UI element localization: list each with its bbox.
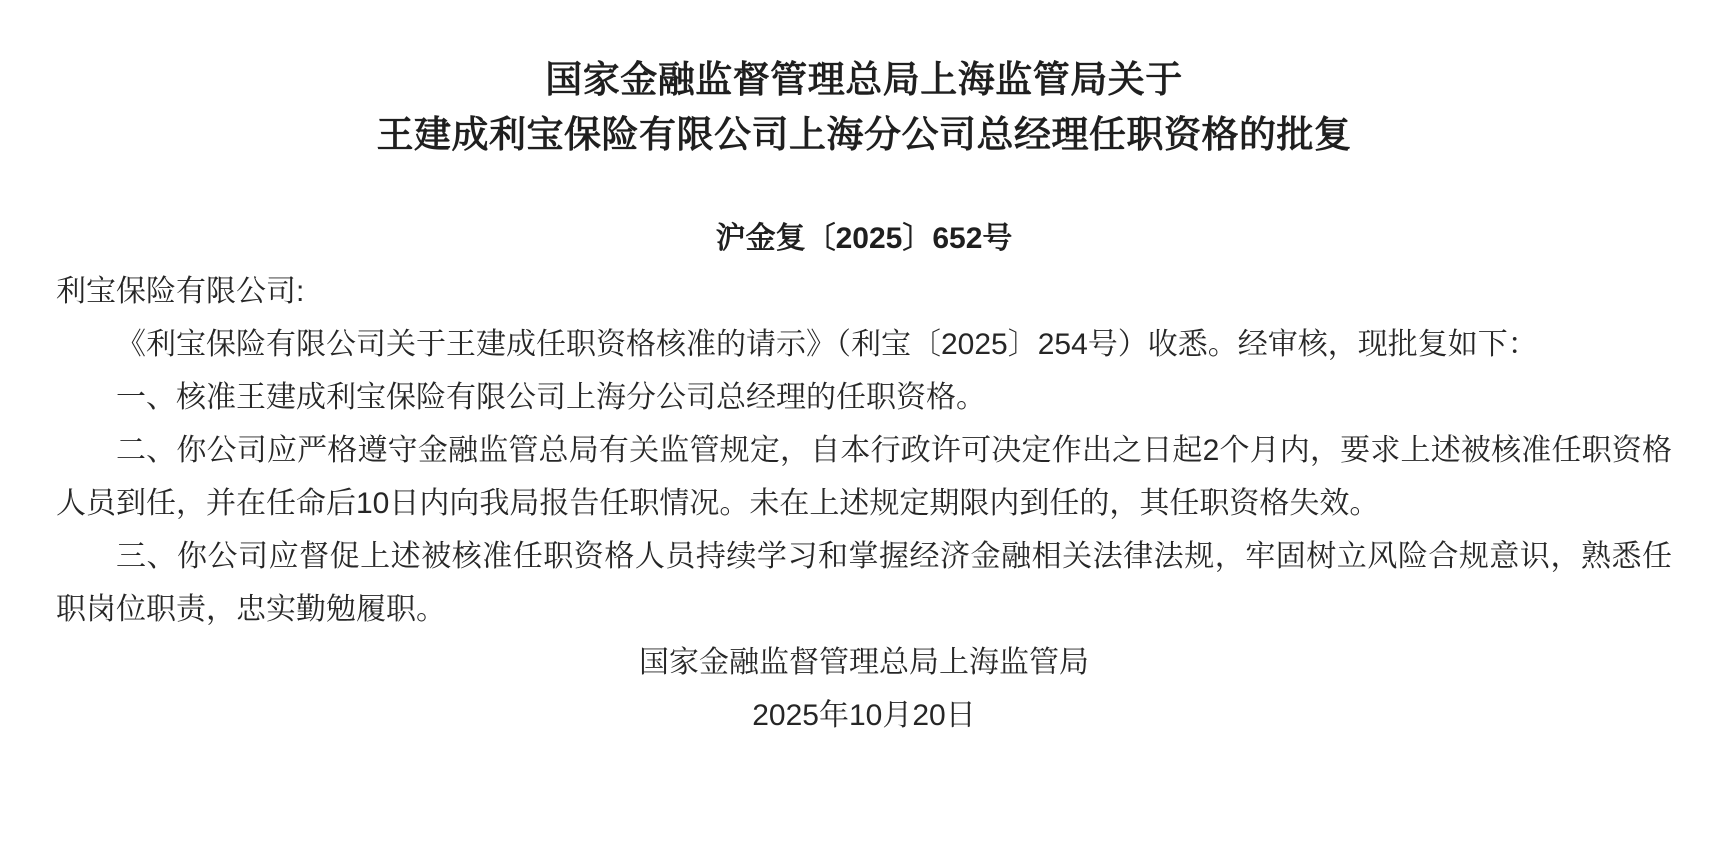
paragraph-item-2: 二、你公司应严格遵守金融监管总局有关监管规定，自本行政许可决定作出之日起2个月内…: [56, 424, 1672, 530]
paragraph-item-1: 一、核准王建成利宝保险有限公司上海分公司总经理的任职资格。: [56, 371, 1672, 424]
approval-document-page: 国家金融监督管理总局上海监管局关于 王建成利宝保险有限公司上海分公司总经理任职资…: [0, 0, 1729, 866]
document-body: 利宝保险有限公司: 《利宝保险有限公司关于王建成任职资格核准的请示》（利宝〔20…: [56, 265, 1672, 636]
paragraph-item-3: 三、你公司应督促上述被核准任职资格人员持续学习和掌握经济金融相关法律法规，牢固树…: [56, 530, 1672, 636]
issuing-authority-signature: 国家金融监督管理总局上海监管局: [56, 636, 1672, 689]
salutation: 利宝保险有限公司:: [56, 265, 1672, 318]
paragraph-intro: 《利宝保险有限公司关于王建成任职资格核准的请示》（利宝〔2025〕254号）收悉…: [56, 318, 1672, 371]
issue-date: 2025年10月20日: [56, 689, 1672, 742]
document-number: 沪金复〔2025〕652号: [56, 212, 1672, 265]
document-title-line-1: 国家金融监督管理总局上海监管局关于: [56, 52, 1672, 107]
closing-block: 国家金融监督管理总局上海监管局 2025年10月20日: [56, 636, 1672, 742]
document-title: 国家金融监督管理总局上海监管局关于 王建成利宝保险有限公司上海分公司总经理任职资…: [56, 52, 1672, 162]
document-title-line-2: 王建成利宝保险有限公司上海分公司总经理任职资格的批复: [56, 107, 1672, 162]
